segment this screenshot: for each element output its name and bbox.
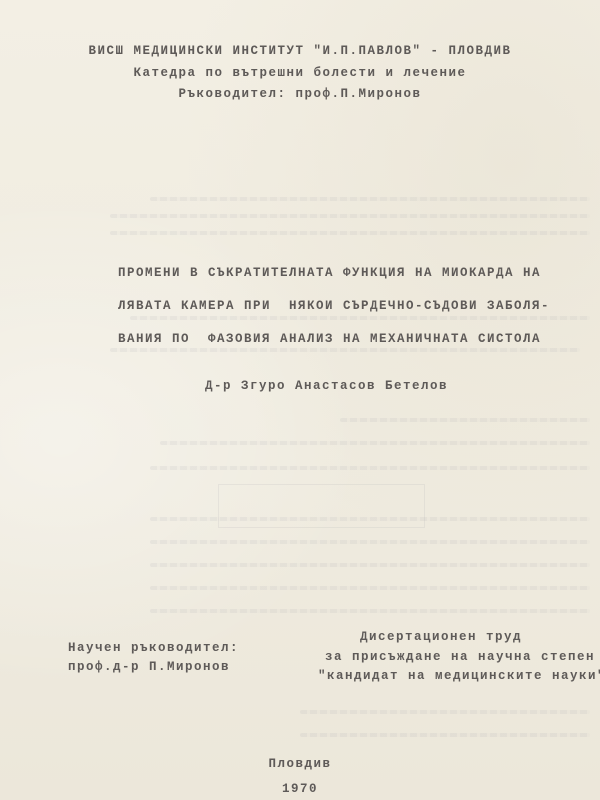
thesis-title-line-3: ВАНИЯ ПО ФАЗОВИЯ АНАЛИЗ НА МЕХАНИЧНАТА С… — [118, 332, 541, 346]
bleed-through-line — [340, 418, 590, 422]
city: Пловдив — [0, 757, 600, 771]
bleed-through-line — [160, 441, 590, 445]
supervisor-label: Научен ръководител: — [68, 641, 239, 655]
bleed-through-line — [150, 609, 590, 613]
supervisor-name: проф.д-р П.Миронов — [68, 660, 230, 674]
dissertation-purpose: за присъждане на научна степен — [325, 650, 595, 664]
author-name: Д-р Згуро Анастасов Бетелов — [205, 379, 448, 393]
dissertation-label: Дисертационен труд — [360, 630, 522, 644]
bleed-through-line — [130, 316, 590, 320]
dissertation-degree: "кандидат на медицинските науки" — [318, 669, 600, 683]
bleed-through-line — [150, 563, 590, 567]
bleed-through-line — [150, 466, 590, 470]
bleed-through-line — [110, 348, 580, 352]
year: 1970 — [0, 782, 600, 796]
thesis-title-line-1: ПРОМЕНИ В СЪКРАТИТЕЛНАТА ФУНКЦИЯ НА МИОК… — [118, 266, 541, 280]
bleed-through-box — [218, 484, 425, 528]
bleed-through-line — [150, 197, 590, 201]
institution-heading: ВИСШ МЕДИЦИНСКИ ИНСТИТУТ "И.П.ПАВЛОВ" - … — [0, 44, 600, 58]
department-heading: Катедра по вътрешни болести и лечение — [0, 66, 600, 80]
department-head: Ръководител: проф.П.Миронов — [0, 87, 600, 101]
document-page: ВИСШ МЕДИЦИНСКИ ИНСТИТУТ "И.П.ПАВЛОВ" - … — [0, 0, 600, 800]
bleed-through-line — [150, 540, 590, 544]
bleed-through-line — [110, 214, 590, 218]
bleed-through-line — [150, 586, 590, 590]
bleed-through-line — [300, 733, 590, 737]
bleed-through-line — [110, 231, 590, 235]
bleed-through-line — [300, 710, 590, 714]
bleed-through-line — [150, 517, 590, 521]
thesis-title-line-2: ЛЯВАТА КАМЕРА ПРИ НЯКОИ СЪРДЕЧНО-СЪДОВИ … — [118, 299, 550, 313]
